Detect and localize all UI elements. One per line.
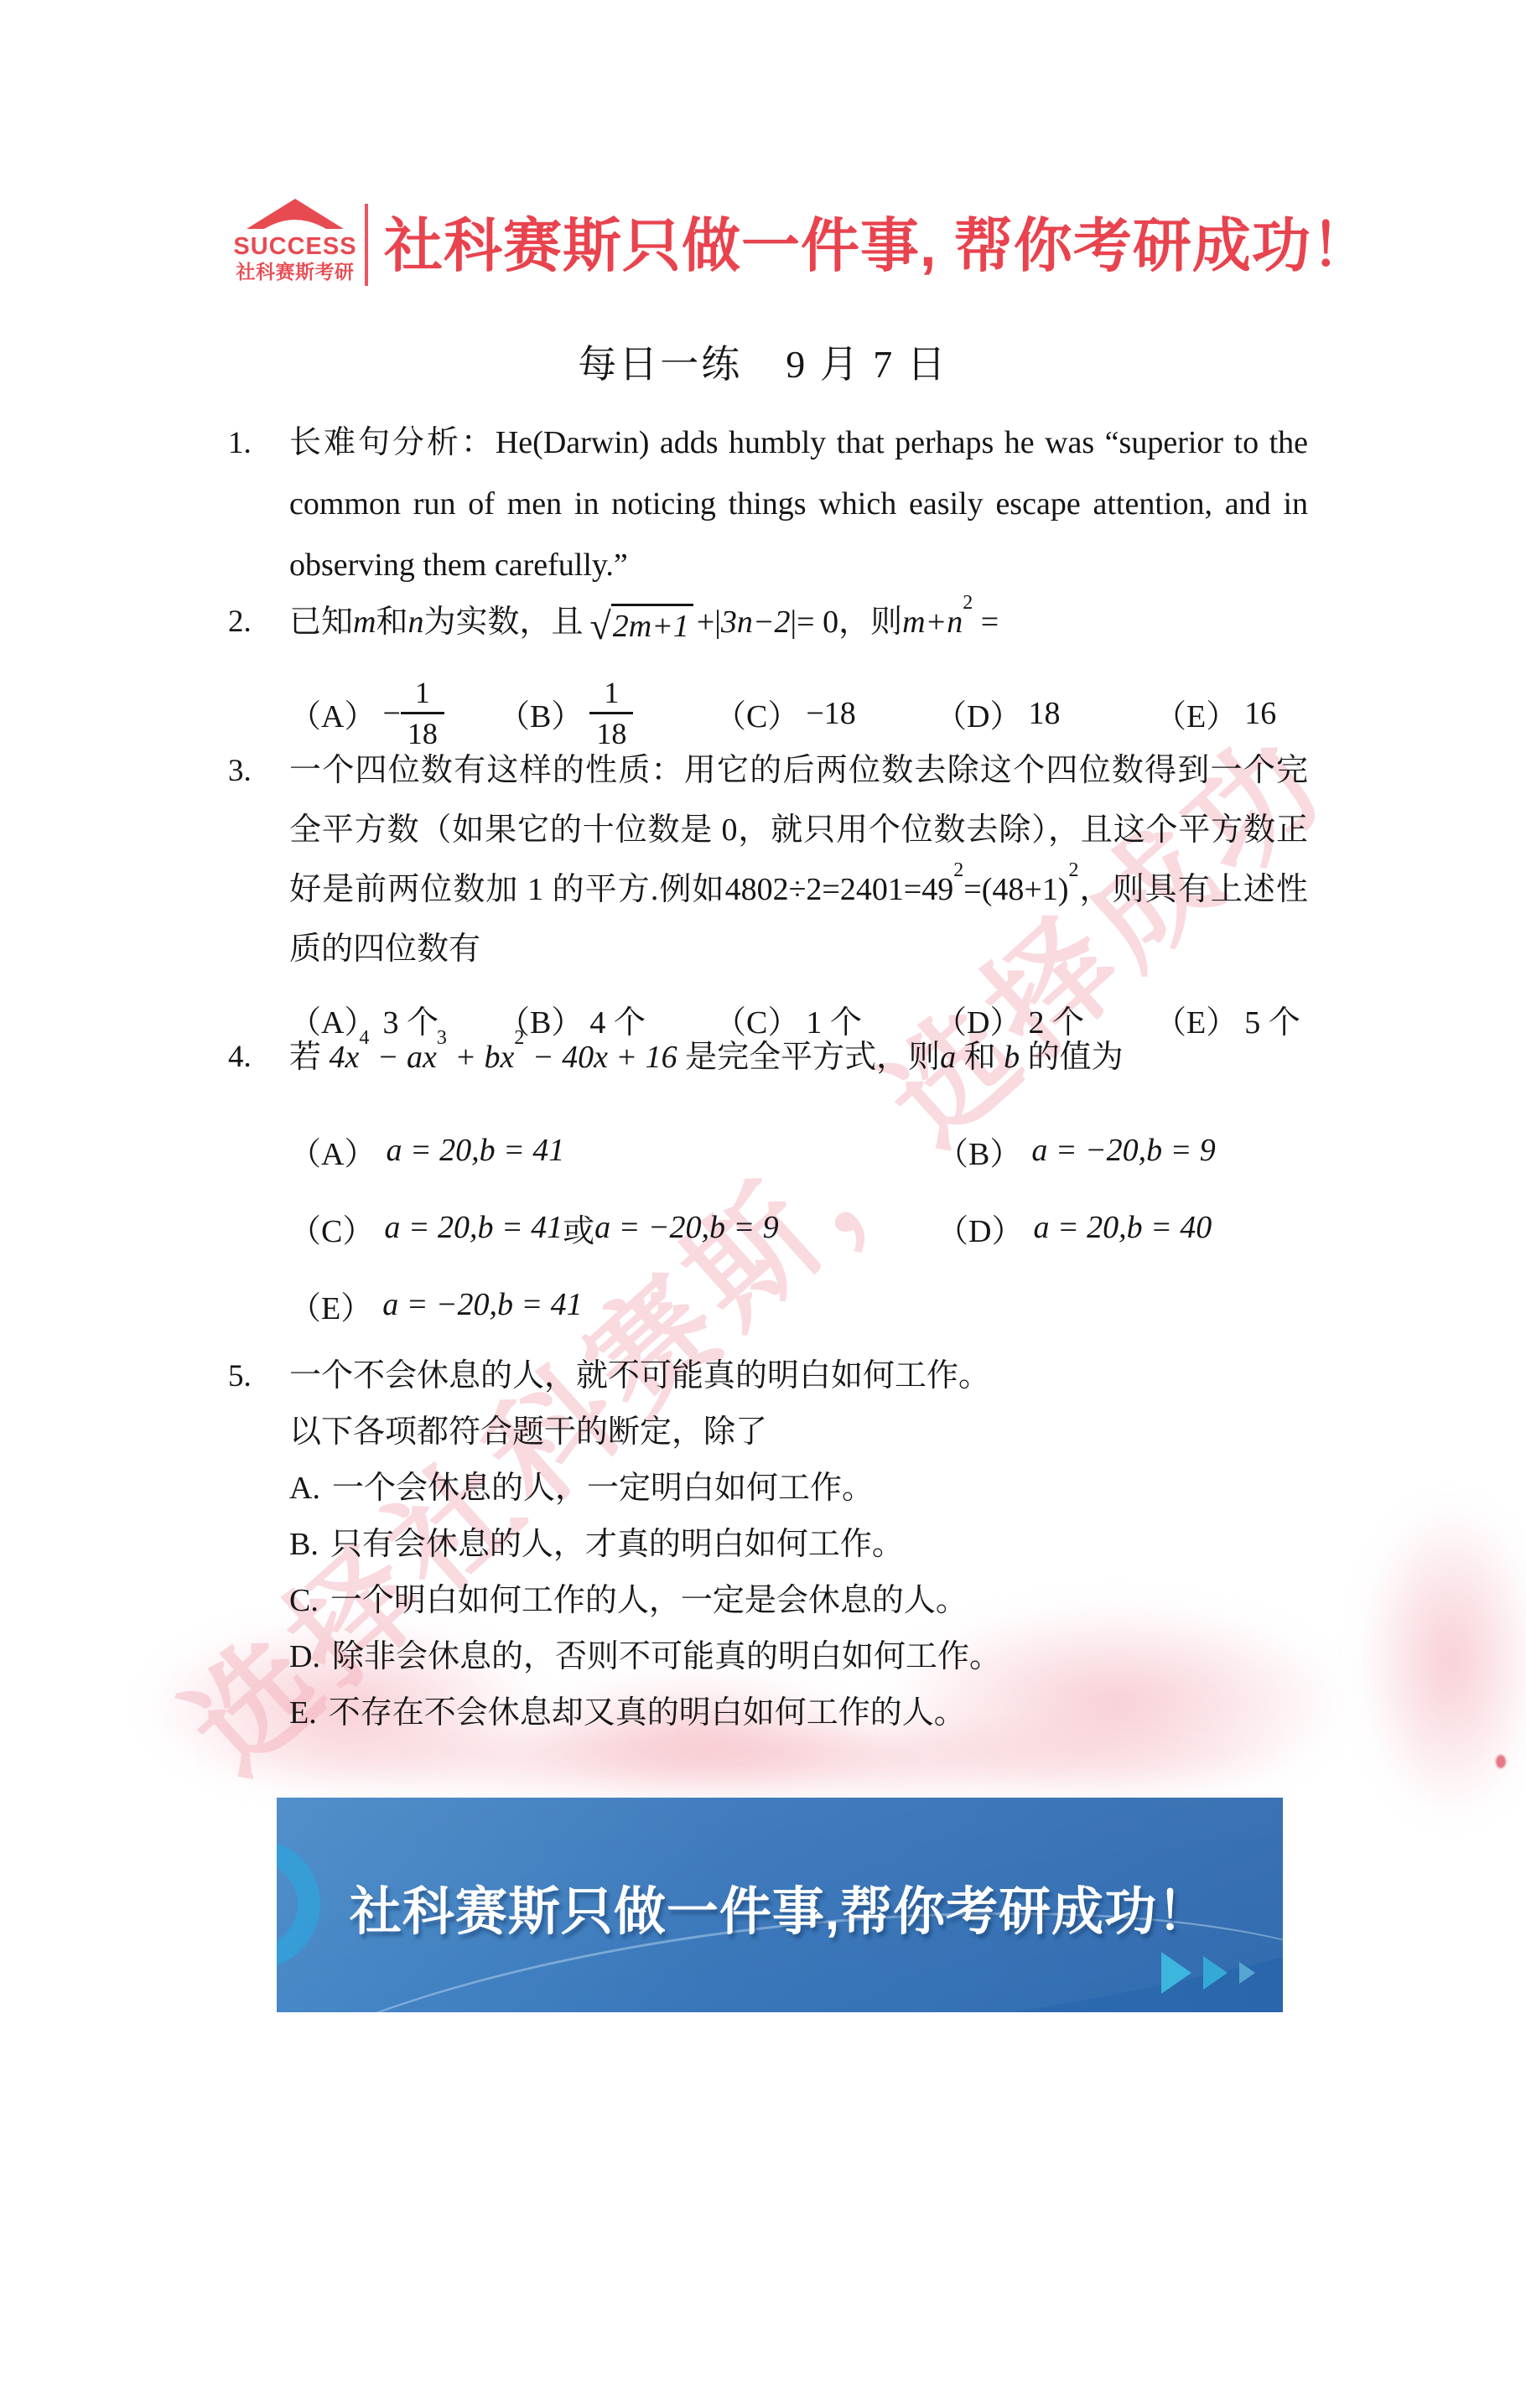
fraction: 118 (589, 676, 633, 751)
question-stem: 长难句分析：He(Darwin) adds humbly that perhap… (289, 413, 1308, 596)
option-text: 除非会休息的，否则不可能真的明白如何工作。 (332, 1639, 1001, 1674)
option-value: −18 (806, 695, 855, 732)
promo-banner: 社科赛斯只做一件事,帮你考研成功！ (277, 1798, 1283, 2012)
exponent: 4 (359, 1027, 369, 1049)
option-e: （E）a = −20,b = 41 (289, 1282, 937, 1328)
option-value: a = −20,b = 41 (382, 1286, 582, 1323)
exponent: 2 (1068, 859, 1078, 881)
question-number: 1. (228, 413, 252, 474)
math-var: − ax (369, 1040, 437, 1075)
question-body: 一个不会休息的人，就不可能真的明白如何工作。 以下各项都符合题干的断定，除了 A… (289, 1348, 1308, 1741)
option-c: C.一个明白如何工作的人，一定是会休息的人。 (289, 1573, 1308, 1629)
math-var: m (353, 605, 376, 640)
option-label: （A） (289, 1128, 376, 1174)
options-row: （C）a = 20,b = 41或a = −20,b = 9 （D）a = 20… (289, 1189, 1308, 1266)
stem-text: 和 (376, 605, 407, 640)
option-label: （A） (289, 690, 376, 736)
question-stem: 已知m和n为实数，且√2m+1+|3n−2|= 0，则m+n2 = (289, 587, 1308, 657)
ink-speck (1496, 1755, 1506, 1768)
math-var: 4x (330, 1040, 360, 1075)
question-number: 5. (228, 1348, 252, 1404)
header-slogan: 社科赛斯只做一件事, 帮你考研成功！ (384, 208, 1371, 284)
math-var: n (407, 605, 423, 640)
question-4: 4. 若 4x4 − ax3 + bx2 − 40x + 16 是完全平方式，则… (225, 1033, 1308, 1343)
math-text: = 0 (797, 605, 838, 640)
exponent: 3 (437, 1027, 447, 1049)
numerator: 1 (401, 676, 444, 712)
option-d: （D） 18 (935, 690, 1155, 736)
math-var: − 40x + 16 (524, 1040, 677, 1075)
play-arrow-icon (1161, 1952, 1191, 1994)
exponent: 2 (514, 1027, 524, 1049)
option-label: B. (289, 1527, 319, 1562)
question-stem-2: 以下各项都符合题干的断定，除了 (289, 1404, 1308, 1461)
option-value: 16 (1244, 695, 1276, 732)
exponent: 2 (963, 592, 973, 614)
option-text: 不存在不会休息却又真的明白如何工作的人。 (329, 1695, 966, 1731)
math-var: 3n−2 (721, 605, 791, 640)
question-number: 4. (228, 1033, 252, 1082)
option-label: （E） (289, 1282, 372, 1328)
question-stem: 一个四位数有这样的性质：用它的后两位数去除这个四位数得到一个完全平方数（如果它的… (289, 741, 1308, 979)
title-name: 每日一练 (578, 343, 742, 386)
option-e: （E） 16 (1155, 690, 1276, 736)
option-label: A. (289, 1471, 320, 1506)
option-b: （B）a = −20,b = 9 (937, 1128, 1216, 1174)
stem-text: 若 (289, 1040, 321, 1075)
fraction: 118 (401, 676, 444, 751)
option-label: （C） (289, 1205, 374, 1251)
option-value: a = 20,b = 41 (386, 1132, 564, 1169)
option-label: （E） (1155, 690, 1238, 736)
math-var: m+n (902, 605, 963, 640)
options-row: （A）a = 20,b = 41 （B）a = −20,b = 9 (289, 1112, 1308, 1189)
exponent: 2 (953, 859, 963, 881)
option-value: a = 20,b = 40 (1033, 1209, 1212, 1246)
minus-sign: − (382, 695, 400, 732)
option-d: （D）a = 20,b = 40 (937, 1205, 1212, 1251)
option-c: （C） −18 (714, 690, 935, 736)
option-value: a = −20,b = 9 (594, 1209, 778, 1246)
question-stem: 一个不会休息的人，就不可能真的明白如何工作。 (289, 1348, 1308, 1404)
option-a: （A）a = 20,b = 41 (289, 1128, 937, 1174)
question-stem: 若 4x4 − ax3 + bx2 − 40x + 16 是完全平方式，则a 和… (289, 1033, 1308, 1082)
title-date: 9 月 7 日 (786, 343, 948, 386)
option-text: 一个明白如何工作的人，一定是会休息的人。 (330, 1583, 968, 1618)
stem-text: 和 (964, 1040, 996, 1075)
stem-text: 是完全平方式，则 (685, 1040, 940, 1075)
option-b: B.只有会休息的人，才真的明白如何工作。 (289, 1517, 1308, 1573)
brand-logo: SUCCESS 社科赛斯考研 (230, 198, 361, 284)
option-value: a = −20,b = 9 (1031, 1132, 1215, 1169)
option-e: E.不存在不会休息却又真的明白如何工作的人。 (289, 1685, 1308, 1741)
math-text: = (981, 605, 999, 640)
abs-bar: | (791, 605, 797, 640)
watercolor-texture (1358, 1501, 1526, 1819)
stem-text: ，则 (838, 605, 902, 640)
option-d: D.除非会休息的，否则不可能真的明白如何工作。 (289, 1629, 1308, 1685)
header-divider (365, 204, 368, 286)
logo-sub-text: 社科赛斯考研 (230, 260, 361, 284)
math-text: + (697, 605, 714, 640)
math-var: + bx (447, 1040, 515, 1075)
header: SUCCESS 社科赛斯考研 社科赛斯只做一件事, 帮你考研成功！ (225, 198, 1315, 294)
option-c: （C）a = 20,b = 41或a = −20,b = 9 (289, 1205, 937, 1251)
page-title: 每日一练9 月 7 日 (0, 334, 1526, 389)
option-label: （D） (937, 1205, 1023, 1251)
option-value: a = 20,b = 41 (384, 1209, 563, 1246)
option-label: （B） (937, 1128, 1021, 1174)
option-label: （D） (935, 690, 1021, 736)
question-5: 5. 一个不会休息的人，就不可能真的明白如何工作。 以下各项都符合题干的断定，除… (225, 1348, 1308, 1741)
option-label: （C） (714, 690, 799, 736)
banner-slogan: 社科赛斯只做一件事,帮你考研成功！ (277, 1870, 1283, 1944)
numerator: 1 (589, 676, 633, 712)
option-a: （A） − 118 (289, 676, 498, 751)
math-var: a (940, 1040, 956, 1075)
option-label: D. (289, 1639, 320, 1674)
logo-mountain-icon (243, 198, 347, 230)
exam-practice-page: 选择社科赛斯，选择成功 SUCCESS 社科赛斯考研 社科赛斯只做一件事, 帮你… (0, 0, 1526, 2408)
math-text: =(48+1) (963, 872, 1068, 907)
question-number: 3. (228, 741, 252, 801)
option-label: C. (289, 1583, 319, 1618)
math-var: b (1004, 1040, 1020, 1075)
option-label: E. (289, 1695, 317, 1731)
stem-text: 的值为 (1028, 1040, 1124, 1075)
option-a: A.一个会休息的人，一定明白如何工作。 (289, 1461, 1308, 1517)
options-row: （A） − 118 （B） 118 （C） −18 （D） 18 （E） 16 (289, 676, 1308, 751)
option-b: （B） 118 (498, 676, 714, 751)
options-grid: （A）a = 20,b = 41 （B）a = −20,b = 9 （C）a =… (289, 1112, 1308, 1343)
forward-arrows-icon (1161, 1952, 1255, 1994)
question-number: 2. (228, 587, 252, 657)
abs-bar: | (714, 605, 721, 640)
logo-brand-text: SUCCESS (230, 234, 361, 260)
or-text: 或 (563, 1205, 594, 1251)
option-value: 18 (1028, 695, 1060, 732)
play-arrow-icon (1203, 1956, 1228, 1990)
radical-icon: √ (590, 607, 611, 646)
options-row: （E）a = −20,b = 41 (289, 1266, 1308, 1343)
stem-text: 为实数，且 (423, 605, 583, 640)
option-label: （B） (498, 690, 583, 736)
option-text: 一个会休息的人，一定明白如何工作。 (332, 1471, 874, 1506)
question-2: 2. 已知m和n为实数，且√2m+1+|3n−2|= 0，则m+n2 = （A）… (225, 587, 1308, 751)
question-1: 1. 长难句分析：He(Darwin) adds humbly that per… (225, 413, 1308, 596)
question-3: 3. 一个四位数有这样的性质：用它的后两位数去除这个四位数得到一个完全平方数（如… (225, 741, 1308, 1042)
option-text: 只有会休息的人，才真的明白如何工作。 (330, 1527, 904, 1562)
stem-text: 已知 (289, 605, 353, 640)
sqrt-expression: √2m+1 (590, 604, 693, 646)
play-arrow-icon (1239, 1962, 1255, 1984)
radicand: 2m+1 (611, 604, 693, 646)
math-text: 4802÷2=2401=49 (725, 872, 954, 907)
